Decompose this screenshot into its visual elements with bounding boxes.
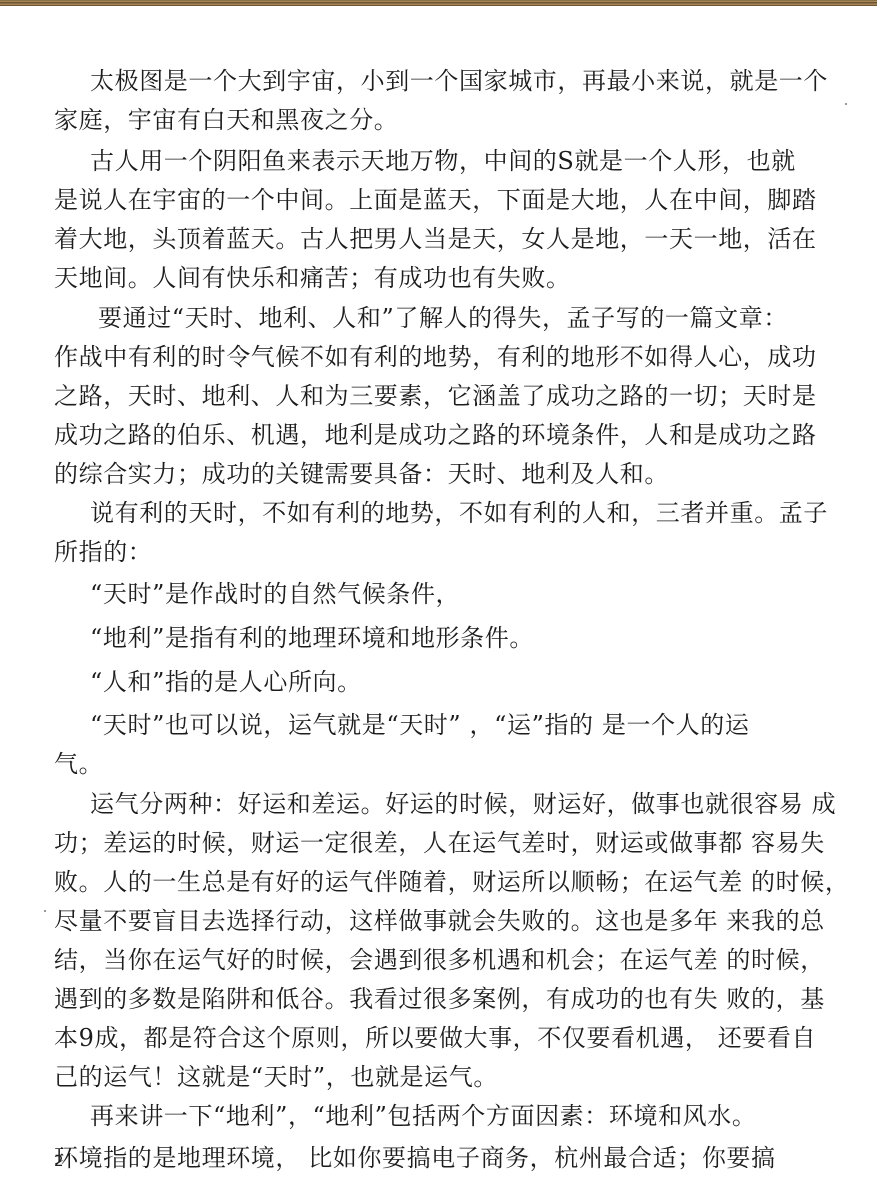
text-line: 天地间。人间有快乐和痛苦；有成功也有失败。 (54, 263, 571, 293)
text-line: 说有利的天时，不如有利的地势，不如有利的人和，三者并重。孟子 (90, 498, 828, 528)
text-line: 成功之路的伯乐、机遇，地利是成功之路的环境条件，人和是成功之路 (54, 420, 817, 450)
text-line: 功；差运的时候，财运一定很差，人在运气差时，财运或做事都 容易失 (54, 828, 825, 858)
text-line: 己的运气！这就是“天时”，也就是运气。 (54, 1062, 498, 1092)
text-line: 之路，天时、地利、人和为三要素，它涵盖了成功之路的一切；天时是 (54, 381, 817, 411)
text-line: 所指的： (54, 537, 152, 567)
text-line: 是说人在宇宙的一个中间。上面是蓝天，下面是大地，人在中间，脚踏 (54, 185, 817, 215)
text-line: “天时”是作战时的自然气候条件， (90, 579, 460, 609)
text-line: 再来讲一下“地利”，“地利”包括两个方面因素：环境和风水。 (90, 1101, 756, 1131)
text-line: 的综合实力；成功的关键需要具备：天时、地利及人和。 (54, 459, 669, 489)
text-line: 太极图是一个大到宇宙，小到一个国家城市，再最小来说，就是一个 (90, 66, 828, 96)
page-number: 2 (54, 1152, 64, 1170)
text-line: 运气分两种：好运和差运。好运的时候，财运好，做事也就很容易 成 (90, 789, 836, 819)
text-line: 遇到的多数是陷阱和低谷。我看过很多案例，有成功的也有失 败的，基 (54, 984, 825, 1014)
text-line: 家庭，宇宙有白天和黑夜之分。 (54, 105, 398, 135)
text-line: 古人用一个阴阳鱼来表示天地万物，中间的S就是一个人形，也就 (90, 146, 796, 176)
text-line: 败。人的一生总是有好的运气伴随着，财运所以顺畅；在运气差 的时候， (54, 867, 849, 897)
scan-speck (845, 103, 847, 105)
text-line: 气。 (54, 749, 103, 779)
text-line: “地利”是指有利的地理环境和地形条件。 (90, 623, 534, 653)
text-line: “人和”指的是人心所向。 (90, 667, 362, 697)
scan-speck (44, 910, 46, 912)
text-line: 环境指的是地理环境， 比如你要搞电子商务，杭州最合适；你要搞 (54, 1143, 776, 1173)
text-line: 结，当你在运气好的时候，会遇到很多机遇和机会；在运气差 的时候， (54, 945, 825, 975)
document-page: 太极图是一个大到宇宙，小到一个国家城市，再最小来说，就是一个家庭，宇宙有白天和黑… (0, 0, 877, 1184)
text-line: 要通过“天时、地利、人和”了解人的得失，孟子写的一篇文章： (98, 303, 788, 333)
text-line: “天时”也可以说，运气就是“天时” ，“运”指的 是一个人的运 (90, 710, 749, 740)
text-line: 着大地，头顶着蓝天。古人把男人当是天，女人是地，一天一地，活在 (54, 224, 817, 254)
text-line: 作战中有利的时令气候不如有利的地势，有利的地形不如得人心，成功 (54, 342, 817, 372)
text-line: 本9成，都是符合这个原则，所以要做大事，不仅要看机遇， 还要看自 (54, 1023, 816, 1053)
text-line: 尽量不要盲目去选择行动，这样做事就会失败的。这也是多年 来我的总 (54, 906, 825, 936)
